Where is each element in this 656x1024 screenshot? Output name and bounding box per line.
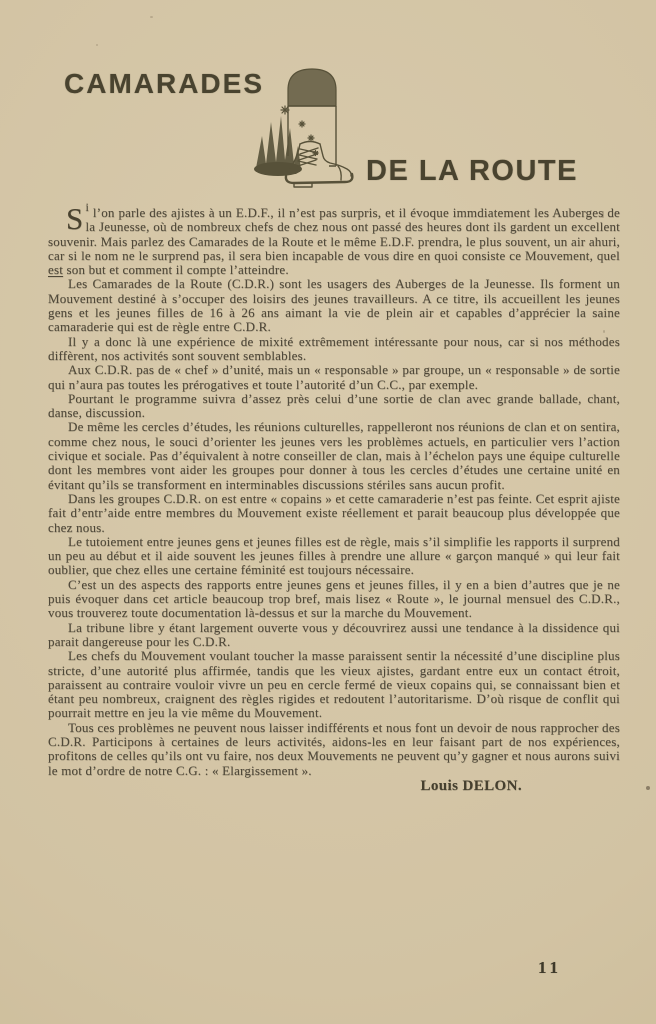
milestone-dome [288,69,336,106]
paragraph-text: son but et comment il compte l’atteindre… [63,262,289,277]
paragraph-4: Aux C.D.R. pas de « chef » d’unité, mais… [48,363,620,392]
paragraph-7: Dans les groupes C.D.R. on est entre « c… [48,492,620,535]
paragraph-3: Il y a donc là une expérience de mixité … [48,335,620,364]
underlined-word: est [48,262,63,277]
paper-speck [646,786,650,790]
paragraph-1: Si l’on parle des ajistes à un E.D.F., i… [48,206,620,277]
paper-speck [96,44,98,46]
page-number: 11 [538,958,562,978]
paragraph-2: Les Camarades de la Route (C.D.R.) sont … [48,277,620,334]
milestone-boot-illustration [252,64,358,196]
paragraph-12: Tous ces problèmes ne peuvent nous laiss… [48,721,620,778]
article-title-line2: DE LA ROUTE [366,155,578,188]
paragraph-8: Le tutoiement entre jeunes gens et jeune… [48,535,620,578]
author-signature: Louis DELON. [48,779,620,793]
milestone-body [288,106,336,166]
paper-speck [150,16,153,18]
dropcap-letter: S [66,206,83,231]
magazine-page: CAMARADES DE LA ROUTE Si l [0,0,656,1024]
paragraph-5: Pourtant le programme suivra d’assez prè… [48,392,620,421]
paragraph-6: De même les cercles d’études, les réunio… [48,420,620,491]
paragraph-10: La tribune libre y étant largement ouver… [48,621,620,650]
paragraph-9: C’est un des aspects des rapports entre … [48,578,620,621]
dropcap-raised-i: i [85,200,89,214]
article-title-line1: CAMARADES [64,68,264,100]
paragraph-11: Les chefs du Mouvement voulant toucher l… [48,649,620,720]
grass-base [254,162,302,176]
article-body: Si l’on parle des ajistes à un E.D.F., i… [48,206,620,793]
paragraph-text: l’on parle des ajistes à un E.D.F., il n… [48,205,620,263]
